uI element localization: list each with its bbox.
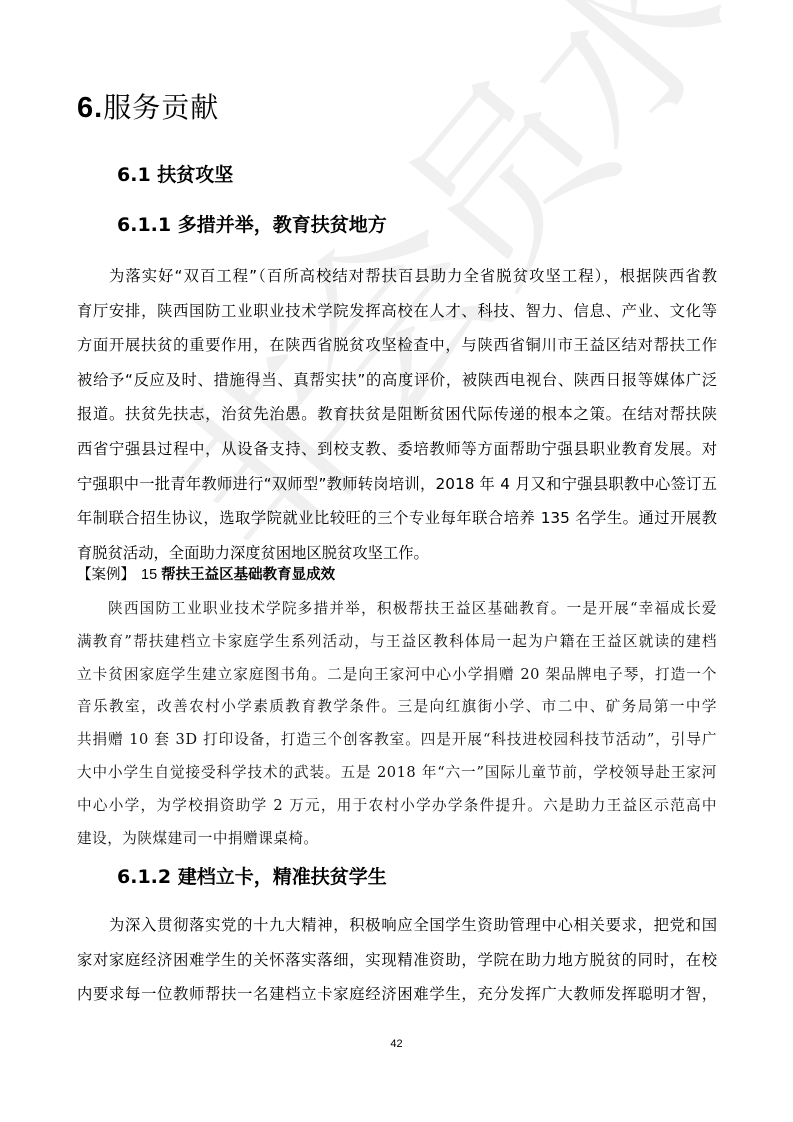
paragraph-line: 报道。扶贫先扶志，治贫先治愚。教育扶贫是阻断贫困代际传递的根本之策。在结对帮扶陕 (77, 397, 717, 432)
section-number: 6. (77, 92, 103, 124)
paragraph-line: 家对家庭经济困难学生的关怀落实落细，实现精准资助，学院在助力地方脱贫的同时，在校 (77, 943, 717, 978)
case-line: 陕西国防工业职业技术学院多措并举，积极帮扶王益区基础教育。一是开展“幸福成长爱 (77, 593, 717, 626)
subsection-title: 扶贫攻坚 (157, 164, 233, 186)
subsubsection-number: 6.1.1 (117, 214, 171, 236)
case-line: 建设，为陕煤建司一中捐赠课桌椅。 (77, 823, 717, 856)
section-title: 服务贡献 (103, 91, 219, 124)
paragraph-line: 内要求每一位教师帮扶一名建档立卡家庭经济困难学生，充分发挥广大教师发挥聪明才智， (77, 977, 717, 1012)
page-number: 42 (0, 1038, 793, 1050)
subsection-number: 6.1 (117, 164, 151, 186)
subsubsection-heading-2: 6.1.2 建档立卡，精准扶贫学生 (117, 862, 387, 892)
case-line: 中心小学，为学校捐资助学 2 万元，用于农村小学办学条件提升。六是助力王益区示范… (77, 790, 717, 823)
paragraph-poverty-alleviation: 为落实好“双百工程”（百所高校结对帮扶百县助力全省脱贫攻坚工程），根据陕西省教 … (77, 259, 717, 570)
paragraph-line: 宁强职中一批青年教师进行“双师型”教师转岗培训，2018 年 4 月又和宁强县职… (77, 467, 717, 502)
case-line: 立卡贫困家庭学生建立家庭图书角。二是向王家河中心小学捐赠 20 架品牌电子琴，打… (77, 659, 717, 692)
case-heading: 【案例】15帮扶王益区基础教育显成效 (77, 563, 335, 587)
paragraph-line: 年制联合招生协议，选取学院就业比较旺的三个专业每年联合培养 135 名学生。通过… (77, 501, 717, 536)
case-body: 陕西国防工业职业技术学院多措并举，积极帮扶王益区基础教育。一是开展“幸福成长爱 … (77, 593, 717, 855)
document-page: 非会员水印 6.服务贡献 6.1 扶贫攻坚 6.1.1 多措并举，教育扶贫地方 … (0, 0, 793, 1122)
subsubsection-heading-1: 6.1.1 多措并举，教育扶贫地方 (117, 210, 387, 240)
subsection-heading: 6.1 扶贫攻坚 (117, 160, 233, 190)
section-heading: 6.服务贡献 (77, 88, 219, 128)
paragraph-line: 被给予“反应及时、措施得当、真帮实扶”的高度评价，被陕西电视台、陕西日报等媒体广… (77, 363, 717, 398)
case-title: 帮扶王益区基础教育显成效 (161, 566, 335, 583)
paragraph-line: 西省宁强县过程中，从设备支持、到校支教、委培教师等方面帮助宁强县职业教育发展。对 (77, 432, 717, 467)
paragraph-student-support: 为深入贯彻落实党的十九大精神，积极响应全国学生资助管理中心相关要求，把党和国 家… (77, 908, 717, 1012)
case-line: 大中小学生自觉接受科学技术的武装。五是 2018 年“六一”国际儿童节前，学校领… (77, 757, 717, 790)
paragraph-line: 为深入贯彻落实党的十九大精神，积极响应全国学生资助管理中心相关要求，把党和国 (77, 908, 717, 943)
subsubsection-title: 建档立卡，精准扶贫学生 (178, 866, 387, 888)
paragraph-line: 育厅安排，陕西国防工业职业技术学院发挥高校在人才、科技、智力、信息、产业、文化等 (77, 294, 717, 329)
subsubsection-title: 多措并举，教育扶贫地方 (178, 214, 387, 236)
paragraph-line: 为落实好“双百工程”（百所高校结对帮扶百县助力全省脱贫攻坚工程），根据陕西省教 (77, 259, 717, 294)
case-number: 15 (141, 567, 157, 583)
subsubsection-number: 6.1.2 (117, 866, 171, 888)
case-line: 满教育”帮扶建档立卡家庭学生系列活动，与王益区教科体局一起为户籍在王益区就读的建… (77, 626, 717, 659)
case-line: 音乐教室，改善农村小学素质教育教学条件。三是向红旗街小学、市二中、矿务局第一中学 (77, 691, 717, 724)
case-line: 共捐赠 10 套 3D 打印设备，打造三个创客教室。四是开展“科技进校园科技节活… (77, 724, 717, 757)
case-label: 【案例】 (77, 567, 135, 583)
paragraph-line: 方面开展扶贫的重要作用，在陕西省脱贫攻坚检查中，与陕西省铜川市王益区结对帮扶工作 (77, 328, 717, 363)
